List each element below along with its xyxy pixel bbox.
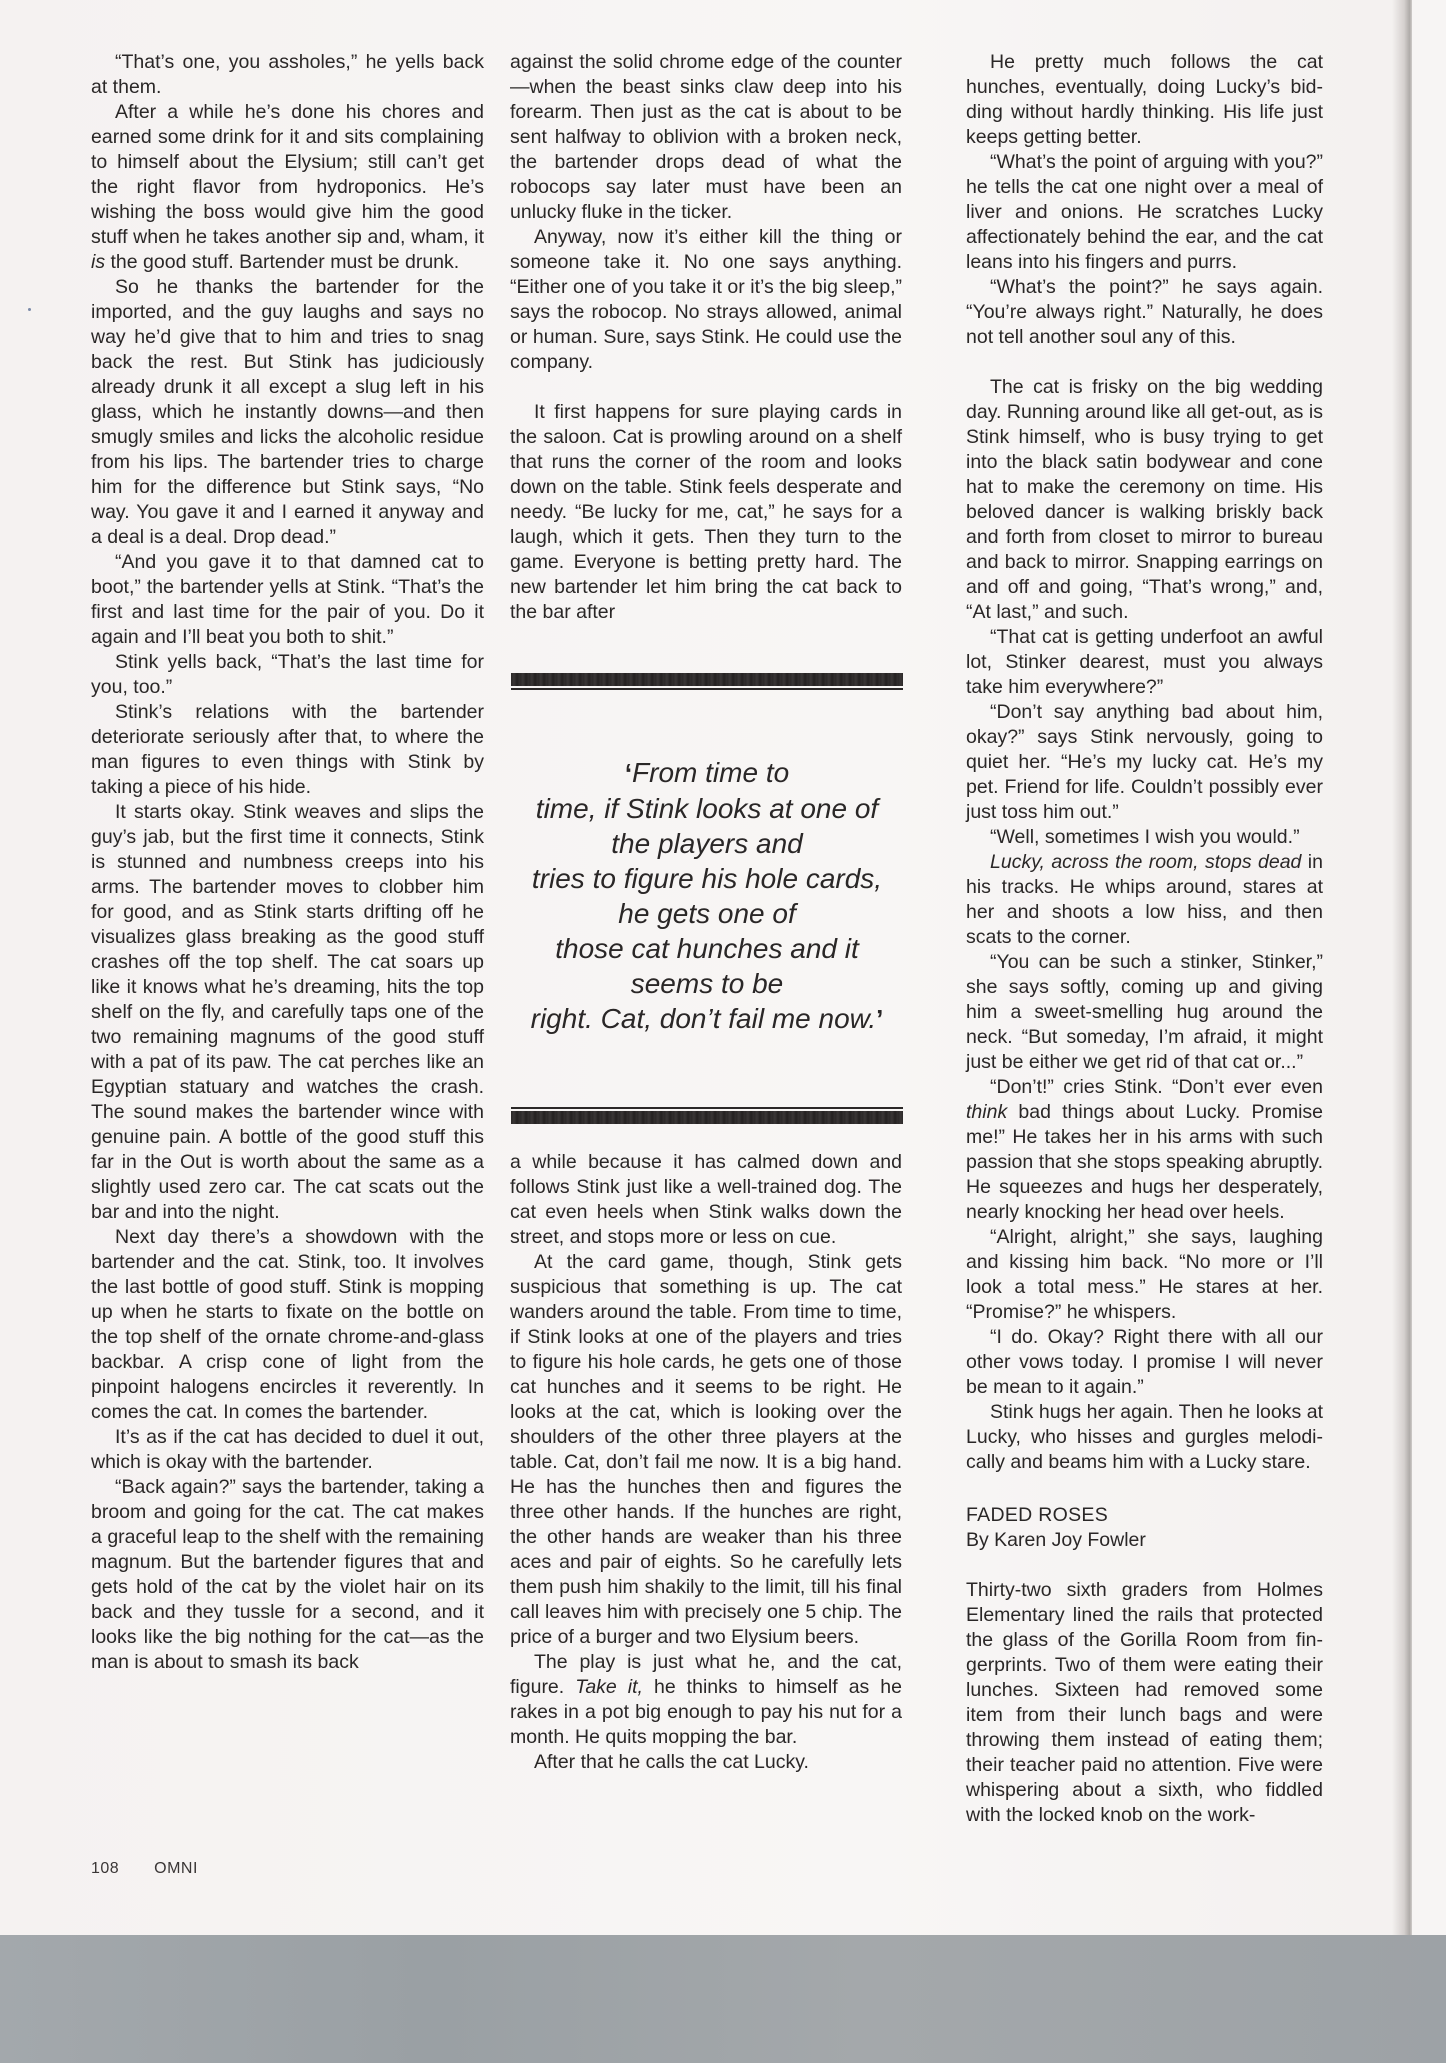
paragraph: It first happens for sure playing cards … bbox=[510, 400, 902, 625]
paragraph: “And you gave it to that damned cat to b… bbox=[91, 550, 484, 650]
article-column-2-top: against the solid chrome edge of the cou… bbox=[510, 50, 902, 625]
pull-quote-line: tries to figure his hole cards, bbox=[511, 861, 903, 896]
paragraph: Next day there’s a showdown with the bar… bbox=[91, 1225, 484, 1425]
paragraph: “What’s the point of arguing with you?” … bbox=[966, 150, 1323, 275]
pull-quote-line: he gets one of bbox=[511, 896, 903, 931]
article-column-3: He pretty much follows the cat hunches, … bbox=[966, 50, 1323, 1828]
paragraph: “Don’t say anything bad about him, okay?… bbox=[966, 700, 1323, 825]
emphasis: Take it, bbox=[575, 1676, 643, 1698]
paragraph: “What’s the point?” he says again. “You’… bbox=[966, 275, 1323, 350]
article-column-1: “That’s one, you assholes,” he yells bac… bbox=[91, 50, 484, 1675]
open-quote-mark-icon: ‘ bbox=[625, 758, 632, 788]
paragraph: “Don’t!” cries Stink. “Don’t ever even t… bbox=[966, 1075, 1323, 1225]
thick-rule bbox=[511, 673, 903, 686]
pull-quote: ‘From time to time, if Stink looks at on… bbox=[511, 755, 903, 1037]
paragraph: The cat is frisky on the big wedding day… bbox=[966, 375, 1323, 625]
paragraph: The play is just what he, and the cat, f… bbox=[510, 1650, 902, 1750]
thin-rule bbox=[511, 1107, 903, 1109]
facing-page-edge bbox=[1412, 0, 1446, 1935]
paragraph: It’s as if the cat has decided to duel i… bbox=[91, 1425, 484, 1475]
paragraph: At the card game, though, Stink gets sus… bbox=[510, 1250, 902, 1650]
emphasis: Lucky, across the room, stops dead bbox=[990, 851, 1301, 873]
pull-quote-line: the players and bbox=[511, 826, 903, 861]
paragraph: against the solid chrome edge of the cou… bbox=[510, 50, 902, 225]
paragraph: So he thanks the bartender for the impor… bbox=[91, 275, 484, 550]
scanner-bed-background bbox=[0, 1935, 1446, 2063]
paragraph: It starts okay. Stink weaves and slips t… bbox=[91, 800, 484, 1225]
page-footer: 108 OMNI bbox=[91, 1860, 228, 1878]
paragraph: “That cat is getting underfoot an awful … bbox=[966, 625, 1323, 700]
pull-quote-line: ‘From time to bbox=[511, 755, 903, 791]
thick-rule bbox=[511, 1111, 903, 1124]
emphasis: think bbox=[966, 1101, 1007, 1123]
paragraph: “Back again?” says the bartender, taking… bbox=[91, 1475, 484, 1675]
close-quote-mark-icon: ’ bbox=[876, 1004, 883, 1034]
paragraph: Stink yells back, “That’s the last time … bbox=[91, 650, 484, 700]
next-story-byline: By Karen Joy Fowler bbox=[966, 1528, 1323, 1553]
paragraph: “Well, sometimes I wish you would.” bbox=[966, 825, 1323, 850]
paragraph: Stink’s relations with the bartender det… bbox=[91, 700, 484, 800]
paragraph: After a while he’s done his chores and e… bbox=[91, 100, 484, 275]
paragraph: “I do. Okay? Right there with all our ot… bbox=[966, 1325, 1323, 1400]
scan-speck bbox=[28, 308, 31, 311]
next-story-opening: Thirty-two sixth graders from Holmes Ele… bbox=[966, 1578, 1323, 1828]
paragraph: Anyway, now it’s either kill the thing o… bbox=[510, 225, 902, 375]
paragraph: He pretty much follows the cat hunches, … bbox=[966, 50, 1323, 150]
paragraph: “That’s one, you assholes,” he yells bac… bbox=[91, 50, 484, 100]
pull-quote-line: time, if Stink looks at one of bbox=[511, 791, 903, 826]
paragraph: “Alright, alright,” she says, laughing a… bbox=[966, 1225, 1323, 1325]
paragraph: After that he calls the cat Lucky. bbox=[510, 1750, 902, 1775]
paragraph: Lucky, across the room, stops dead in hi… bbox=[966, 850, 1323, 950]
paragraph: Stink hugs her again. Then he looks at L… bbox=[966, 1400, 1323, 1475]
pull-quote-top-rule bbox=[511, 673, 903, 690]
paragraph: a while because it has calmed down and f… bbox=[510, 1150, 902, 1250]
binding-gutter-shadow bbox=[1392, 0, 1414, 1935]
magazine-name: OMNI bbox=[154, 1860, 198, 1877]
pull-quote-line: right. Cat, don’t fail me now.’ bbox=[511, 1001, 903, 1037]
thin-rule bbox=[511, 688, 903, 690]
next-story-title: FADED ROSES bbox=[966, 1503, 1323, 1528]
pull-quote-line: seems to be bbox=[511, 966, 903, 1001]
page-number: 108 bbox=[91, 1860, 119, 1877]
emphasis: is bbox=[91, 251, 105, 273]
paragraph: “You can be such a stinker, Stinker,” sh… bbox=[966, 950, 1323, 1075]
pull-quote-bottom-rule bbox=[511, 1107, 903, 1124]
article-column-2-bottom: a while because it has calmed down and f… bbox=[510, 1150, 902, 1775]
pull-quote-line: those cat hunches and it bbox=[511, 931, 903, 966]
